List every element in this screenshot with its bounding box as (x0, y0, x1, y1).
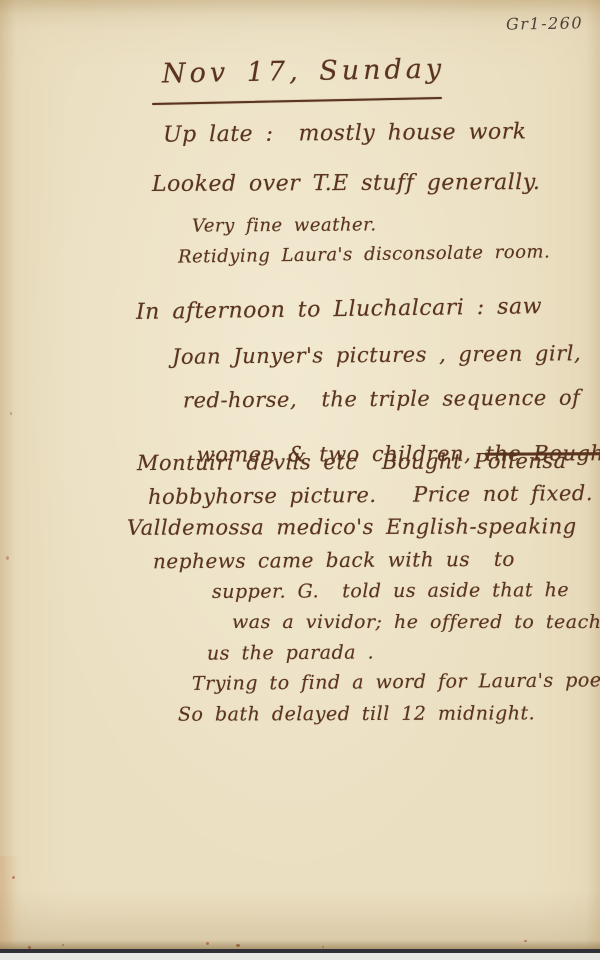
diary-line: supper. G. told us aside that he (212, 579, 569, 603)
diary-line: nephews came back with us to (153, 547, 515, 574)
foxing-speck (10, 412, 12, 415)
diary-line: red-horse, the triple sequence of (183, 386, 581, 413)
diary-line: Trying to find a word for Laura's poem (192, 669, 600, 695)
foxing-speck (12, 876, 15, 879)
diary-line: Montuiri devils etc Bought Pollensa (137, 449, 567, 475)
scanner-background-strip (0, 953, 600, 960)
foxing-speck (62, 944, 64, 946)
diary-line: In afternoon to Lluchalcari : saw (136, 294, 542, 325)
diary-line: us the parada . (207, 641, 374, 664)
diary-line: was a vividor; he offered to teach (232, 611, 600, 633)
diary-line: Retidying Laura's disconsolate room. (178, 241, 551, 267)
foxing-speck (206, 942, 209, 945)
diary-line: Valldemossa medico's English-speaking (127, 514, 577, 540)
diary-line: Up late : mostly house work (163, 119, 527, 147)
foxing-speck (6, 556, 9, 560)
manuscript-page: Gr1-260 Nov 17, Sunday Up late : mostly … (0, 0, 600, 960)
diary-line: So bath delayed till 12 midnight. (178, 702, 535, 725)
diary-line: Looked over T.E stuff generally. (152, 170, 540, 197)
diary-line: hobbyhorse picture. Price not fixed. (148, 481, 593, 509)
diary-line: Very fine weather. (192, 214, 377, 236)
foxing-speck (322, 946, 324, 948)
foxing-speck (524, 940, 527, 942)
archive-ref: Gr1-260 (506, 13, 583, 33)
heading-underline (152, 97, 442, 105)
foxing-speck (236, 944, 240, 947)
diary-line: Joan Junyer's pictures , green girl, (172, 341, 581, 369)
date-heading: Nov 17, Sunday (162, 54, 446, 90)
paper-crease (0, 856, 26, 952)
page-bottom-shadow (0, 940, 600, 949)
